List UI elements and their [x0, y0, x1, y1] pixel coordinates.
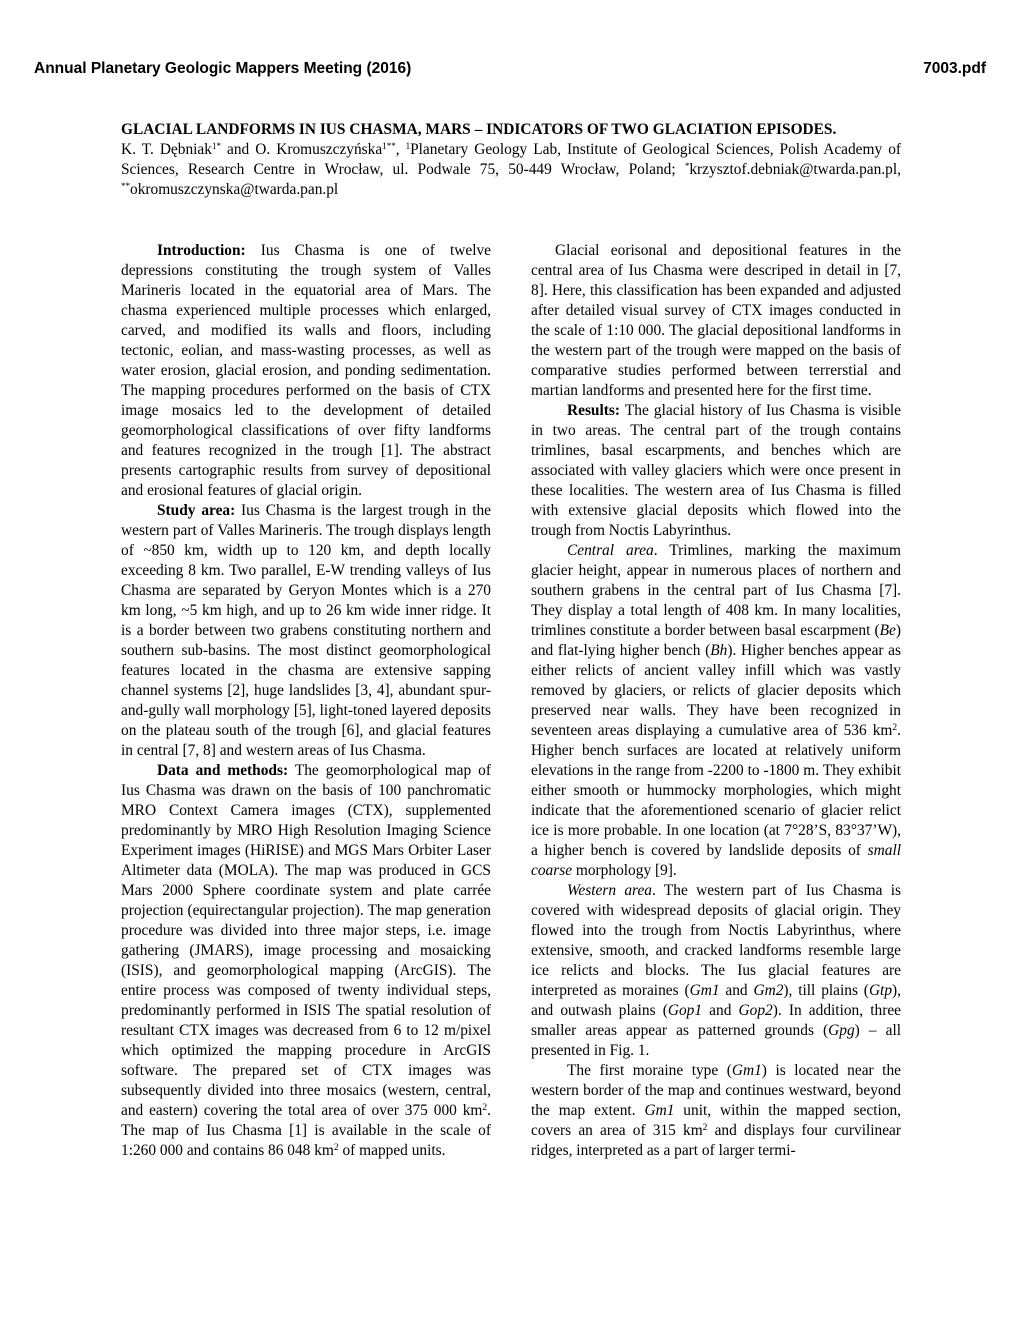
introduction-paragraph: Introduction: Ius Chasma is one of twelv…: [121, 241, 491, 501]
central-area-text: morphology [9].: [572, 862, 677, 879]
separator: ,: [396, 141, 406, 158]
first-moraine-text: The first moraine type (: [567, 1062, 732, 1079]
western-area-heading: Western area: [567, 882, 652, 899]
western-area-text: and: [720, 982, 754, 999]
introduction-text: Ius Chasma is one of twelve depressions …: [121, 242, 491, 499]
unit-code: Gm1: [732, 1062, 762, 1079]
data-methods-text: of mapped units.: [339, 1142, 446, 1159]
introduction-heading: Introduction:: [157, 242, 246, 259]
separator: ,: [897, 161, 901, 178]
study-area-paragraph: Study area: Ius Chasma is the largest tr…: [121, 501, 491, 761]
first-moraine-paragraph: The first moraine type (Gm1) is located …: [531, 1061, 901, 1161]
email-2-sup: **: [121, 181, 130, 191]
data-methods-paragraph: Data and methods: The geomorphological m…: [121, 761, 491, 1161]
email-1[interactable]: krzysztof.debniak@twarda.pan.pl: [689, 161, 897, 178]
central-area-text: . Higher bench surfaces are located at r…: [531, 722, 901, 859]
results-paragraph: Results: The glacial history of Ius Chas…: [531, 401, 901, 541]
paper-title: GLACIAL LANDFORMS IN IUS CHASMA, MARS – …: [121, 121, 836, 138]
unit-code: Gm2: [753, 982, 783, 999]
unit-code: Gop1: [668, 1002, 702, 1019]
unit-code: Gm1: [690, 982, 720, 999]
conference-name: Annual Planetary Geologic Mappers Meetin…: [34, 60, 411, 78]
author-1: K. T. Dębniak: [121, 141, 212, 158]
author-2: O. Kromuszczyńska: [255, 141, 382, 158]
author-2-sup: 1**: [382, 141, 396, 151]
file-id: 7003.pdf: [923, 60, 986, 78]
email-2[interactable]: okromuszczynska@twarda.pan.pl: [130, 181, 338, 198]
author-1-sup: 1*: [212, 141, 221, 151]
central-area-paragraph: Central area. Trimlines, marking the max…: [531, 541, 901, 881]
western-area-paragraph: Western area. The western part of Ius Ch…: [531, 881, 901, 1061]
results-heading: Results:: [567, 402, 620, 419]
running-header: Annual Planetary Geologic Mappers Meetin…: [34, 58, 986, 80]
data-methods-heading: Data and methods:: [157, 762, 288, 779]
results-text: The glacial history of Ius Chasma is vis…: [531, 402, 901, 539]
unit-code: Gop2: [739, 1002, 773, 1019]
author-conjunction: and: [221, 141, 255, 158]
title-block: GLACIAL LANDFORMS IN IUS CHASMA, MARS – …: [121, 120, 901, 200]
unit-code: Be: [880, 622, 896, 639]
glacial-intro-paragraph: Glacial eorisonal and depositional featu…: [531, 241, 901, 401]
unit-code: Gtp: [869, 982, 892, 999]
left-column: Introduction: Ius Chasma is one of twelv…: [121, 241, 491, 1161]
unit-code: Gpg: [828, 1022, 855, 1039]
unit-code: Gm1: [644, 1102, 674, 1119]
data-methods-text: The geomorphological map of Ius Chasma w…: [121, 762, 491, 1119]
study-area-text: Ius Chasma is the largest trough in the …: [121, 502, 491, 759]
study-area-heading: Study area:: [157, 502, 235, 519]
western-area-text: ), till plains (: [783, 982, 869, 999]
western-area-text: and: [702, 1002, 739, 1019]
right-column: Glacial eorisonal and depositional featu…: [531, 241, 901, 1161]
unit-code: Bh: [710, 642, 727, 659]
central-area-heading: Central area: [567, 542, 654, 559]
